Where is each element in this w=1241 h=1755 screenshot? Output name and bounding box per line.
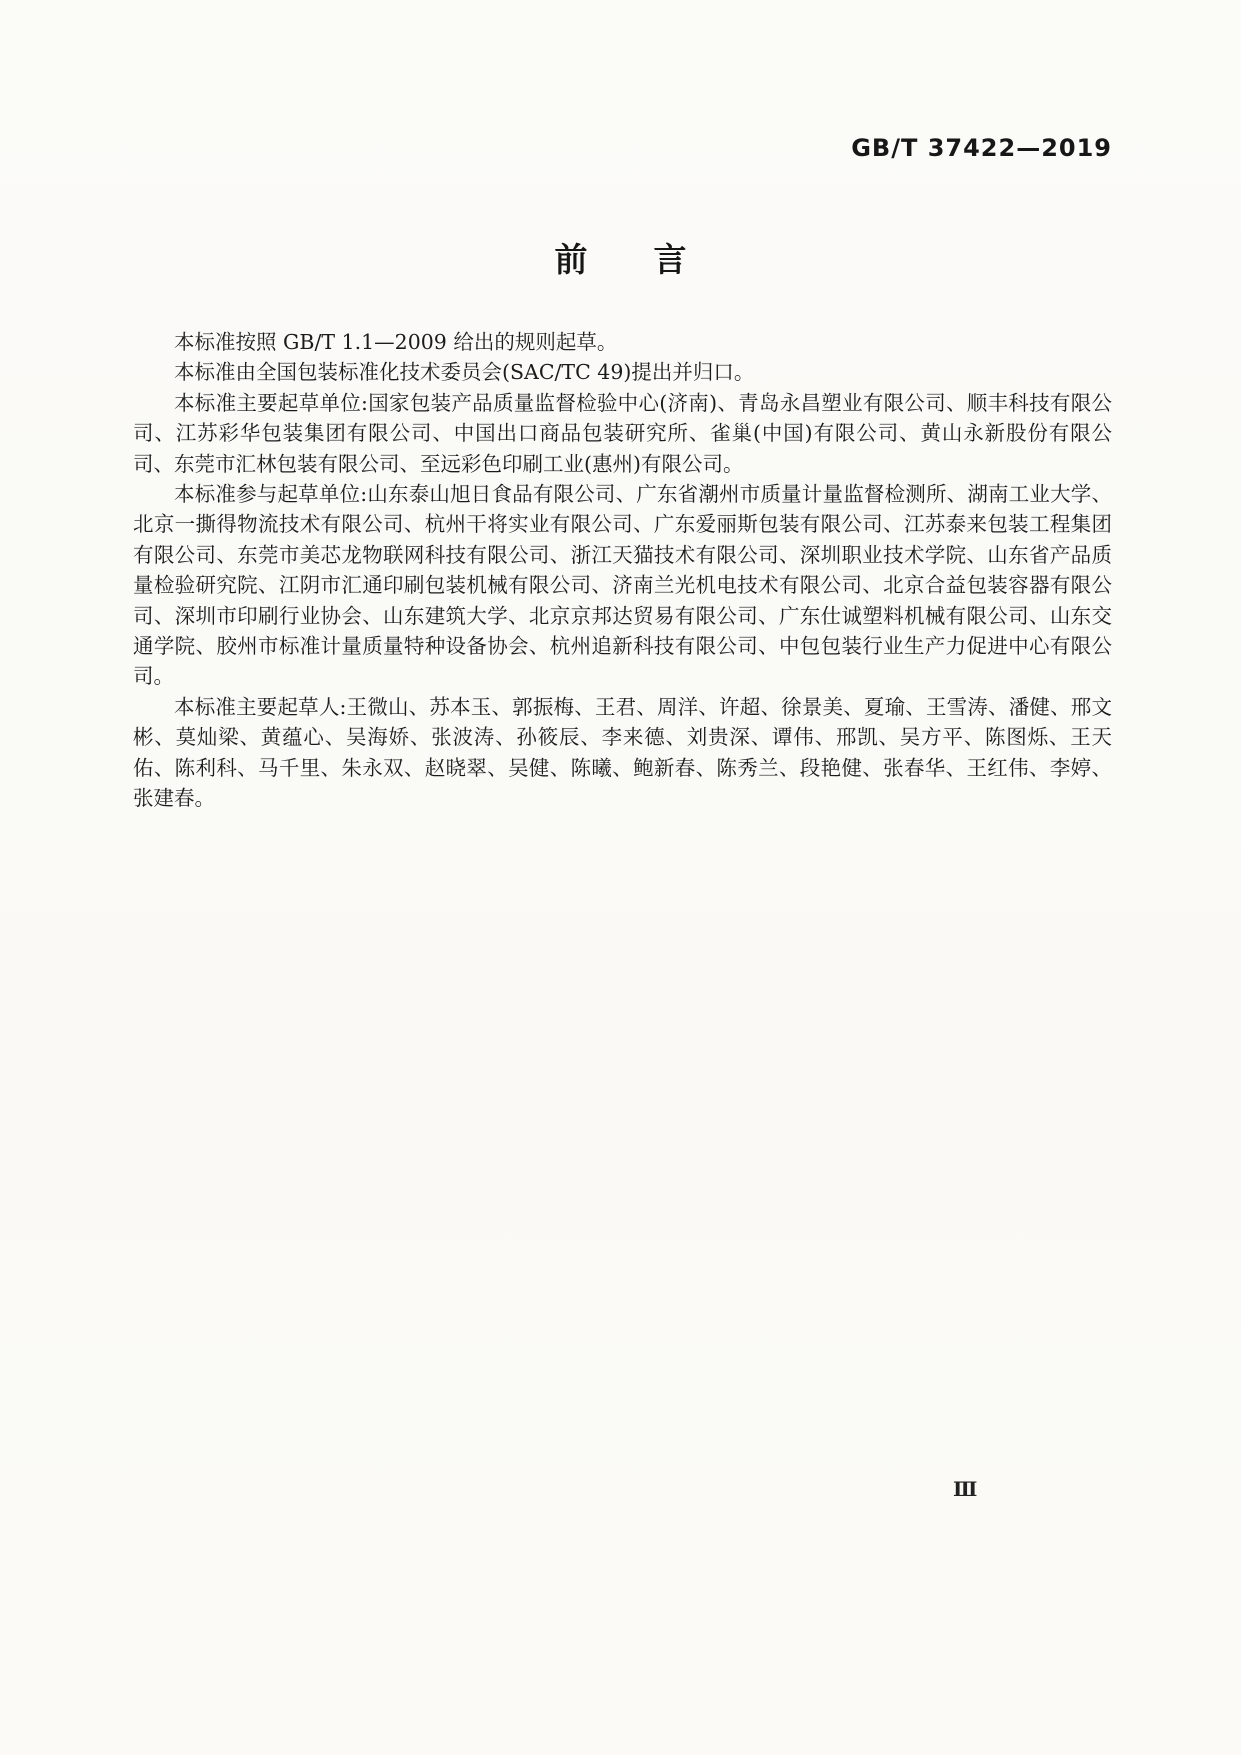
document-body: 本标准按照 GB/T 1.1—2009 给出的规则起草。 本标准由全国包装标准化…: [133, 327, 1112, 814]
paragraph-proposing-committee: 本标准由全国包装标准化技术委员会(SAC/TC 49)提出并归口。: [133, 357, 1112, 387]
paragraph-main-drafting-organizations: 本标准主要起草单位:国家包装产品质量监督检验中心(济南)、青岛永昌塑业有限公司、…: [133, 388, 1112, 479]
page-title: 前 言: [0, 234, 1241, 281]
document-page: GB/T 37422—2019 前 言 本标准按照 GB/T 1.1—2009 …: [0, 0, 1241, 1755]
paragraph-participating-organizations: 本标准参与起草单位:山东泰山旭日食品有限公司、广东省潮州市质量计量监督检测所、湖…: [133, 479, 1112, 692]
standard-number: GB/T 37422—2019: [851, 134, 1112, 162]
paragraph-main-drafters: 本标准主要起草人:王微山、苏本玉、郭振梅、王君、周洋、许超、徐景美、夏瑜、王雪涛…: [133, 692, 1112, 814]
page-number: Ⅲ: [953, 1477, 977, 1501]
paragraph-drafting-rules: 本标准按照 GB/T 1.1—2009 给出的规则起草。: [133, 327, 1112, 357]
document-header: GB/T 37422—2019: [133, 134, 1112, 162]
